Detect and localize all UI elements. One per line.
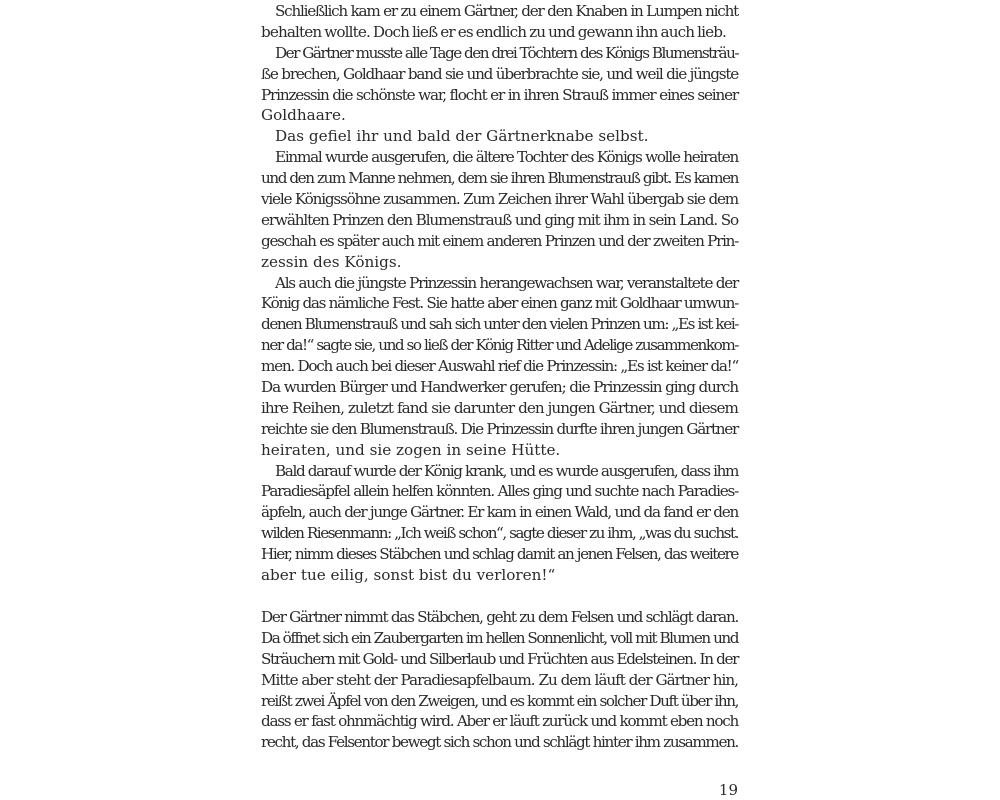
text-line: Der Gärtner musste alle Tage den drei Tö… xyxy=(261,43,738,64)
text-line: zessin des Königs. xyxy=(261,252,738,273)
text-line: Schließlich kam er zu einem Gärtner, der… xyxy=(261,1,738,22)
text-line: wilden Riesenmann: „Ich weiß schon“, sag… xyxy=(261,523,738,544)
section-2: Der Gärtner nimmt das Stäbchen, geht zu … xyxy=(261,607,738,753)
text-line: aber tue eilig, sonst bist du verloren!“ xyxy=(261,565,738,586)
text-line: recht, das Felsentor bewegt sich schon u… xyxy=(261,732,738,753)
text-line: König das nämliche Fest. Sie hatte aber … xyxy=(261,293,738,314)
text-line: reißt zwei Äpfel von den Zweigen, und es… xyxy=(261,691,738,712)
text-line: Der Gärtner nimmt das Stäbchen, geht zu … xyxy=(261,607,738,628)
text-line: Hier, nimm dieses Stäbchen und schlag da… xyxy=(261,544,738,565)
text-line: geschah es später auch mit einem anderen… xyxy=(261,231,738,252)
text-line: ner da!“ sagte sie, und so ließ der Köni… xyxy=(261,335,738,356)
text-line: men. Doch auch bei dieser Auswahl rief d… xyxy=(261,356,738,377)
text-line: behalten wollte. Doch ließ er es endlich… xyxy=(261,22,738,43)
text-line: Einmal wurde ausgerufen, die ältere Toch… xyxy=(261,147,738,168)
text-line: Bald darauf wurde der König krank, und e… xyxy=(261,461,738,482)
text-line: dass er fast ohnmächtig wird. Aber er lä… xyxy=(261,711,738,732)
paragraph-1: Schließlich kam er zu einem Gärtner, der… xyxy=(261,1,738,43)
text-line: äpfeln, auch der junge Gärtner. Er kam i… xyxy=(261,502,738,523)
text-line: reichte sie den Blumenstrauß. Die Prinze… xyxy=(261,419,738,440)
text-line: heiraten, und sie zogen in seine Hütte. xyxy=(261,440,738,461)
paragraph-4: Einmal wurde ausgerufen, die ältere Toch… xyxy=(261,147,738,272)
text-line: viele Königssöhne zusammen. Zum Zeichen … xyxy=(261,189,738,210)
text-line: Mitte aber steht der Paradiesapfelbaum. … xyxy=(261,670,738,691)
text-line: und den zum Manne nehmen, dem sie ihren … xyxy=(261,168,738,189)
text-line: Da öffnet sich ein Zaubergarten im helle… xyxy=(261,628,738,649)
text-line: Als auch die jüngste Prinzessin herangew… xyxy=(261,273,738,294)
text-line: ße brechen, Goldhaar band sie und überbr… xyxy=(261,64,738,85)
page-number: 19 xyxy=(700,781,738,799)
section-1: Schließlich kam er zu einem Gärtner, der… xyxy=(261,0,738,586)
text-line: Prinzessin die schönste war, flocht er i… xyxy=(261,85,738,106)
text-line: Sträuchern mit Gold- und Silberlaub und … xyxy=(261,649,738,670)
paragraph-2: Der Gärtner musste alle Tage den drei Tö… xyxy=(261,43,738,127)
paragraph-5: Als auch die jüngste Prinzessin herangew… xyxy=(261,273,738,461)
paragraph-6: Bald darauf wurde der König krank, und e… xyxy=(261,461,738,586)
paragraph-3: Das gefiel ihr und bald der Gärtnerknabe… xyxy=(261,126,738,147)
text-line: erwählten Prinzen den Blumenstrauß und g… xyxy=(261,210,738,231)
section-break xyxy=(261,586,738,607)
text-line: Goldhaare. xyxy=(261,105,738,126)
text-line: Paradiesäpfel allein helfen könnten. All… xyxy=(261,481,738,502)
text-line: ihre Reihen, zuletzt fand sie darunter d… xyxy=(261,398,738,419)
text-line: Das gefiel ihr und bald der Gärtnerknabe… xyxy=(261,126,738,147)
book-page-text: Schließlich kam er zu einem Gärtner, der… xyxy=(261,0,738,753)
text-line: denen Blumenstrauß und sah sich unter de… xyxy=(261,314,738,335)
text-line: Da wurden Bürger und Handwerker gerufen;… xyxy=(261,377,738,398)
